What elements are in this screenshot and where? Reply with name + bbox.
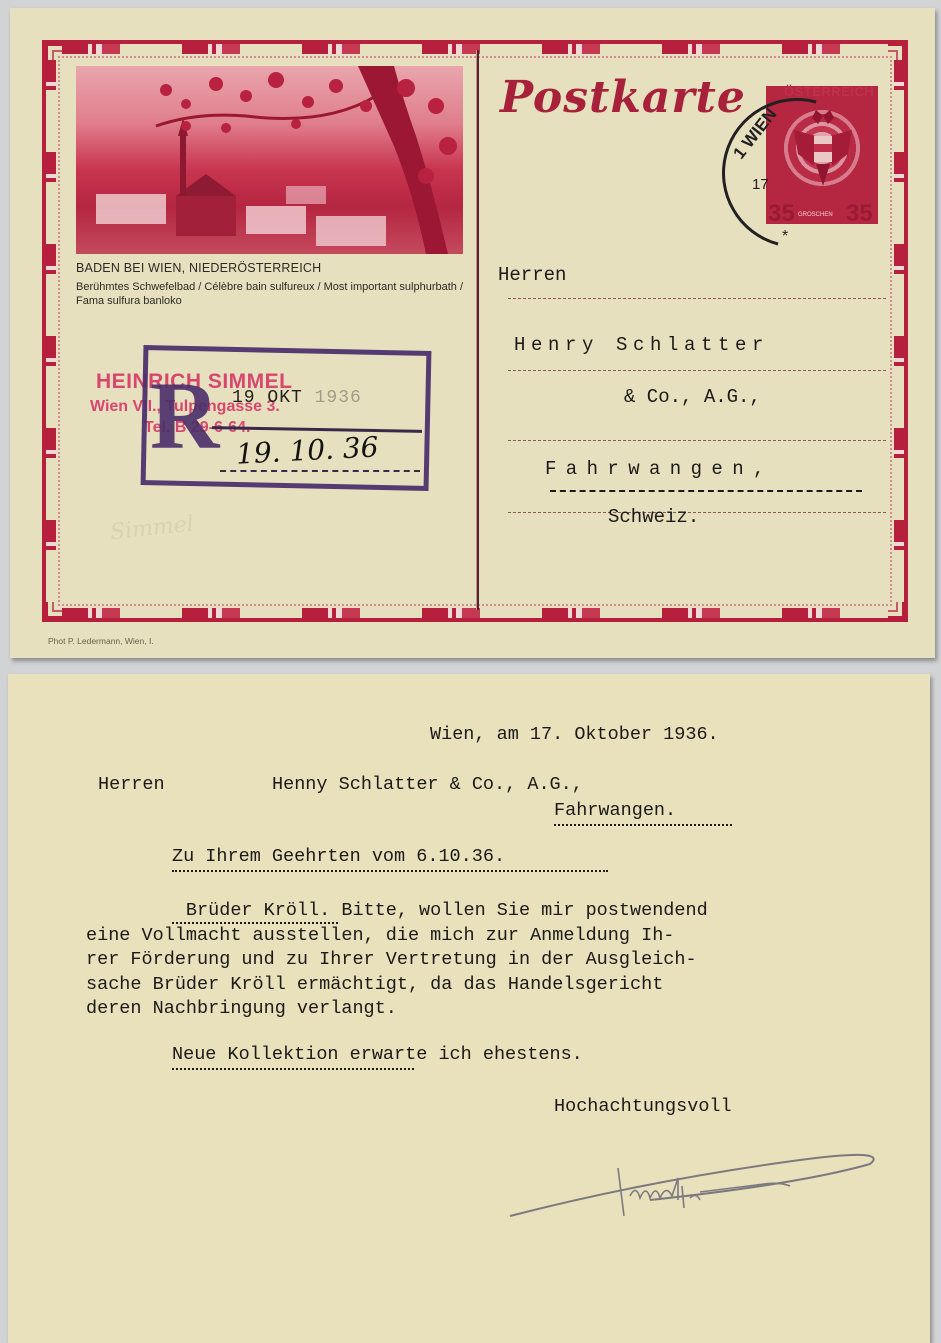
baden-photo	[76, 66, 463, 254]
address-recipient: Henry Schlatter	[514, 334, 769, 356]
handwritten-signature	[500, 1140, 900, 1220]
address-line	[508, 440, 886, 441]
letter-recipient-city: Fahrwangen.	[554, 800, 676, 821]
border-right-ornament	[894, 60, 904, 602]
caption-title: BADEN BEI WIEN, NIEDERÖSTERREICH	[76, 261, 321, 275]
postcard-front: BADEN BEI WIEN, NIEDERÖSTERREICH Berühmt…	[10, 8, 935, 658]
letter-salutation: Herren	[98, 774, 165, 795]
address-line	[508, 370, 886, 371]
postmark-day: 17	[752, 176, 769, 193]
letter-closing: Hochachtungsvoll	[554, 1096, 732, 1117]
address-city: Fahrwangen,	[545, 458, 774, 480]
letter-closing-note: Neue Kollektion erwarte ich ehestens.	[172, 1044, 583, 1065]
border-left-ornament	[46, 60, 56, 602]
registration-date-stamp: 19 OKT 1936	[232, 388, 362, 408]
center-divider	[476, 50, 479, 610]
postcard-title: Postkarte	[500, 72, 746, 123]
address-company: & Co., A.G.,	[624, 386, 761, 408]
photo-credit: Phot P. Ledermann, Wien, I.	[48, 636, 154, 646]
border-bottom-ornament	[62, 608, 888, 618]
address-salutation: Herren	[498, 264, 566, 286]
border-top-ornament	[62, 44, 888, 54]
letter-recipient: Henny Schlatter & Co., A.G.,	[272, 774, 583, 795]
postmark-star-icon: *	[782, 228, 788, 246]
letter-date: Wien, am 17. Oktober 1936.	[430, 724, 719, 745]
registration-letter: R	[150, 368, 219, 464]
caption-body: Berühmtes Schwefelbad / Célèbre bain sul…	[76, 280, 466, 308]
letter-body: Brüder Kröll. Bitte, wollen Sie mir post…	[86, 899, 708, 1022]
address-country: Schweiz.	[608, 506, 699, 528]
letter-reference: Zu Ihrem Geehrten vom 6.10.36.	[172, 846, 505, 867]
address-line	[508, 298, 886, 299]
town-view-illustration	[76, 66, 463, 254]
